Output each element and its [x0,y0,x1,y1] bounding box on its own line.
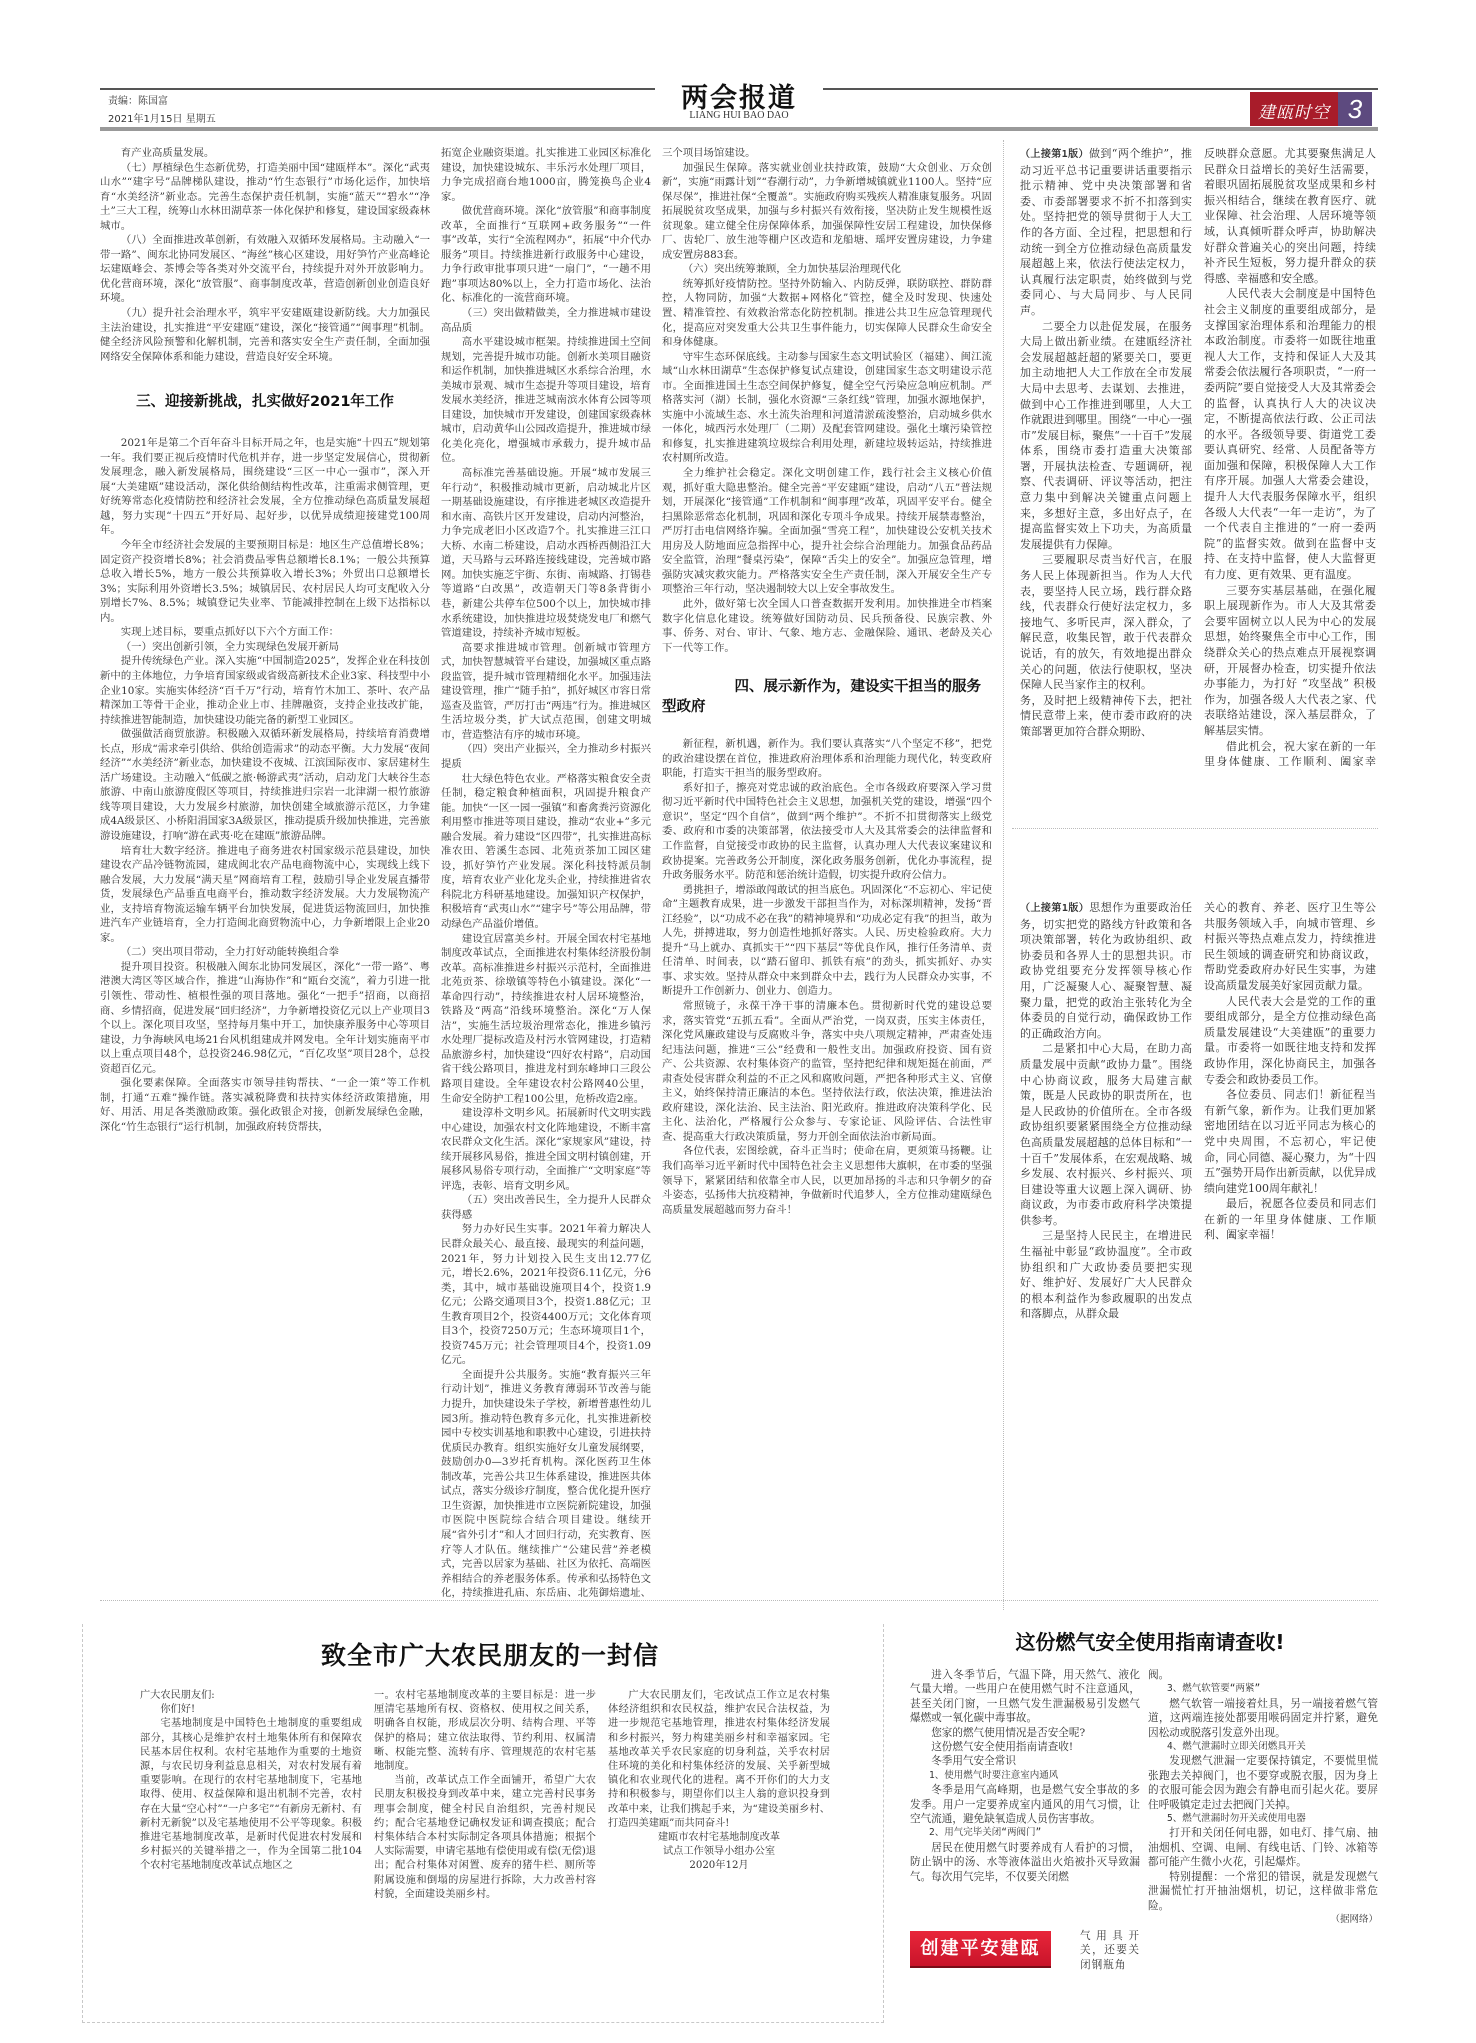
issue-date: 2021年1月15日 星期五 [108,110,216,125]
paragraph: 气用具开关，还要关闭钢瓶角 [1080,1929,1140,1972]
letter-signature-office: 试点工作领导小组办公室 [608,1845,830,1859]
tip-heading-1: 1、使用燃气时要注意室内通风 [910,1769,1140,1783]
paragraph: 全力维护社会稳定。深化文明创建工作，践行社会主义核心价值观，抓好重大隐患整治。健… [662,466,992,597]
paragraph: 冬季用气安全常识 [910,1754,1140,1768]
gas-guide-column-2: 阀。 3、燃气软管要“两紧” 燃气软管一端接着灶具，另一端接着燃气管道，这两端连… [1148,1668,1378,1998]
paragraph: 思想作为重要政治任务，切实把党的路线方针政策和各项决策部署，转化为政协组织、政协… [1020,901,1192,1040]
paragraph: 三是坚持人民民主，在增进民生福祉中彰显“政协温度”。全市政协组织和广大政协委员要… [1020,1228,1192,1322]
paragraph: 各位代表，宏图绘就，奋斗正当时；使命在肩，更须策马扬鞭。让我们高举习近平新时代中… [662,1144,992,1217]
subheading: （三）突出做精做美，全力推进城市建设高品质 [441,306,651,335]
paragraph: 最后，祝愿各位委员和同志们在新的一年里身体健康、工作顺利、阖家幸福！ [1204,1196,1376,1243]
letter-column-3: 广大农民朋友们，宅改试点工作立足农村集体经济组织和农民权益，维护农民合法权益，为… [608,1689,830,1989]
paragraph: 这份燃气安全使用指南请查收! [910,1740,1140,1754]
paragraph: 当前，改革试点工作全面铺开，希望广大农民朋友积极投身到改革中来，建立完善村民事务… [374,1774,596,1902]
section-heading-3: 三、迎接新挑战，扎实做好2021年工作 [100,392,430,412]
report-column-3: 三个项目场馆建设。 加强民生保障。落实就业创业扶持政策，鼓励“大众创业、万众创新… [662,146,992,1601]
paragraph: 做优营商环境。深化“放管服”和商事制度改革，全面推行“互联网+政务服务”“一件事… [441,204,651,306]
paragraph: 提升项目投资。积极融入闽东北协同发展区，深化“一带一路”、粤港澳大湾区等区域合作… [100,960,430,1076]
logo-name: 建瓯时空 [1250,92,1338,126]
paragraph: 特别提醒：一个常犯的错误，就是发现燃气泄漏慌忙打开抽油烟机，切记，这样做非常危险… [1148,1870,1378,1913]
letter-column-1: 广大农民朋友们: 你们好! 宅基地制度是中国特色土地制度的重要组成部分，其核心是… [140,1689,362,1989]
source-credit: （据网络） [1148,1913,1378,1927]
paragraph: 加强民生保障。落实就业创业扶持政策，鼓励“大众创业、万众创新”，实施“雨露计划”… [662,161,992,263]
paragraph: 系好扣子，擦亮对党忠诚的政治底色。全市各级政府要深入学习贯彻习近平新时代中国特色… [662,781,992,883]
paragraph: 二是紧扣中心大局，在助力高质量发展中贡献“政协力量”。围绕中心协商议政，服务大局… [1020,1041,1192,1228]
subheading: （四）突出产业振兴，全力推动乡村振兴提质 [441,742,651,771]
section-pinyin: LIANG HUI BAO DAO [655,110,823,121]
paragraph: 做到“两个维护”，推动习近平总书记重要讲话重要指示批示精神、党中央决策部署和省委… [1020,147,1192,317]
paragraph: 打开和关闭任何电器，如电灯、排气扇、抽油烟机、空调、电闸、有线电话、门铃、冰箱等… [1148,1826,1378,1869]
subheading: （二）突出项目带动，全力打好动能转换组合拳 [100,945,430,960]
editor-credit: 责编：陈国富 [108,92,168,107]
paragraph: 阀。 [1148,1668,1378,1682]
tip-heading-3: 3、燃气软管要“两紧” [1148,1682,1378,1696]
continued-label: （上接第1版） [1020,149,1089,160]
column-divider [1003,140,1004,1610]
paragraph: 培育壮大数字经济。推进电子商务进农村国家级示范县建设，加快建设农产品冷链物流园，… [100,844,430,946]
bottom-section-divider [100,1600,1378,1601]
paragraph: 勇挑担子，增添敢闯敢试的担当底色。巩固深化“不忘初心、牢记使命”主题教育成果，进… [662,883,992,999]
safe-jianou-badge: 创建平安建瓯 [910,1931,1051,1966]
paragraph: 努力办好民生实事。2021年着力解决人民群众最关心、最直接、最现实的利益问题，2… [441,1222,651,1367]
paragraph: 强化要素保障。全面落实市领导挂钩帮扶、“一企一策”等工作机制，打通“五难”操作链… [100,1076,430,1134]
gas-guide-column-1: 进入冬季节后，气温下降，用天然气、液化气量大增。一些用户在使用燃气时不注意通风，… [910,1668,1140,1930]
continued-label: （上接第1版） [1020,903,1089,914]
masthead-rule-bottom [100,127,1378,131]
paragraph: 各位委员、同志们！新征程当有新气象，新作为。让我们更加紧密地团结在以习近平同志为… [1204,1087,1376,1196]
paragraph: 实现上述目标，要重点抓好以下六个方面工作： [100,625,430,640]
paragraph: 进入冬季节后，气温下降，用天然气、液化气量大增。一些用户在使用燃气时不注意通风，… [910,1668,1140,1726]
paragraph: 广大农民朋友们，宅改试点工作立足农村集体经济组织和农民权益，维护农民合法权益，为… [608,1689,830,1831]
paragraph: 居民在使用燃气时要养成有人看护的习惯，防止锅中的汤、水等液体溢出火焰被扑灭导致漏… [910,1841,1140,1884]
paragraph: 提升传统绿色产业。深入实施“中国制造2025”，发挥企业在科技创新中的主体地位，… [100,654,430,727]
paragraph: 一。农村宅基地制度改革的主要目标是：进一步厘清宅基地所有权、资格权、使用权之间关… [374,1689,596,1774]
paragraph: （八）全面推进改革创新，有效融入双循环发展格局。主动融入“一带一路”、闽东北协同… [100,233,430,306]
paragraph: 拓宽企业融资渠道。扎实推进工业园区标准化建设，加快建设城东、丰乐污水处理厂项目，… [441,146,651,204]
tip-heading-4: 4、燃气泄漏时立即关闭燃具开关 [1148,1740,1378,1754]
paragraph: 三要夯实基层基础，在强化履职上展现新作为。市人大及其常委会要牢固树立以人民为中心… [1204,583,1376,739]
paragraph: （九）提升社会治理水平，筑牢平安建瓯建设新防线。大力加强民主法治建设，扎实推进“… [100,306,430,364]
paragraph: 守牢生态环保底线。主动参与国家生态文明试验区（福建）、闽江流域“山水林田湖草”生… [662,350,992,466]
report-column-1: 育产业高质量发展。 （七）厚植绿色生态新优势，打造美丽中国“建瓯样本”。深化“武… [100,146,430,1601]
paragraph: 建设淳朴文明乡风。拓展新时代文明实践中心建设，加强农村文化阵地建设，不断丰富农民… [441,1106,651,1193]
paragraph: 燃气软管一端接着灶具，另一端接着燃气管道，这两端连接处都要用喉码固定并拧紧，避免… [1148,1697,1378,1740]
letter-title: 致全市广大农民朋友的一封信 [100,1636,880,1672]
paragraph: 三个项目场馆建设。 [662,146,992,161]
npc-speech-column-2: 反映群众意愿。尤其要聚焦满足人民群众日益增长的美好生活需要，着眼巩固拓展脱贫攻坚… [1204,146,1376,766]
paragraph: 2021年是第二个百年奋斗目标开局之年，也是实施“十四五”规划第一年。我们要正视… [100,436,430,538]
paragraph: 借此机会，祝大家在新的一年里身体健康、工作顺利、阖家幸福！ [1204,739,1376,766]
npc-speech-column-1: （上接第1版）做到“两个维护”，推动习近平总书记重要讲话重要指示批示精神、党中央… [1020,146,1192,746]
letter-date: 2020年12月 [608,1859,830,1873]
gas-guide-wrap-text: 气用具开关，还要关闭钢瓶角 [1080,1929,1140,1977]
paragraph: 关心的教育、养老、医疗卫生等公共服务领域入手，向城市管理、乡村振兴等热点难点发力… [1204,900,1376,994]
paragraph: 做强做活商贸旅游。积极融入双循环新发展格局，持续培育消费增长点，形成“需求牵引供… [100,727,430,843]
letter-column-2: 一。农村宅基地制度改革的主要目标是：进一步厘清宅基地所有权、资格权、使用权之间关… [374,1689,596,1989]
paragraph: 冬季是用气高峰期，也是燃气安全事故的多发季。用户一定要养成室内通风的用气习惯，让… [910,1783,1140,1826]
letter-signature-org: 建瓯市农村宅基地制度改革 [608,1831,830,1845]
paragraph: 务，及时把上级精神传下去，把社情民意带上来，使市委市政府的决策部署更加符合群众期… [1020,693,1192,740]
paragraph: 建设宜居富美乡村。开展全国农村宅基地制度改革试点，全面推进农村集体经济股份制改革… [441,932,651,1107]
gas-guide-title: 这份燃气安全使用指南请查收! [930,1626,1370,1655]
paragraph: 人民代表大会制度是中国特色社会主义制度的重要组成部分，是支撑国家治理体系和治理能… [1204,286,1376,582]
paragraph: 高水平建设城市框架。持续推进国土空间规划，完善提升城市功能。创新水美项目融资和运… [441,335,651,466]
newspaper-logo: 建瓯时空 3 [1250,92,1372,126]
paragraph: 常照镜子，永葆干净干事的清廉本色。贯彻新时代党的建设总要求，落实管党“五抓五看”… [662,999,992,1144]
cppcc-speech-column-2: 关心的教育、养老、医疗卫生等公共服务领域入手，向城市管理、乡村振兴等热点难点发力… [1204,900,1376,1520]
paragraph: 人民代表大会是党的工作的重要组成部分，是全方位推动绿色高质量发展建设“大美建瓯”… [1204,994,1376,1088]
paragraph: （七）厚植绿色生态新优势，打造美丽中国“建瓯样本”。深化“武夷山水”“建字号”品… [100,161,430,234]
salutation: 广大农民朋友们: [140,1689,362,1703]
paragraph: 三要履职尽责当好代言，在服务人民上体现新担当。作为人大代表，要坚持人民立场，践行… [1020,552,1192,692]
subheading: （五）突出改善民生，全力提升人民群众获得感 [441,1193,651,1222]
section-heading-4: 四、展示新作为，建设实干担当的服务型政府 [662,677,992,717]
article-divider [1012,828,1378,829]
paragraph: 壮大绿色特色农业。严格落实粮食安全责任制，稳定粮食种植面积，巩固提升粮食产能。加… [441,772,651,932]
paragraph: 二要全力以赴促发展，在服务大局上做出新业绩。在建瓯经济社会发展超越赶超的紧要关口… [1020,319,1192,553]
paragraph: 发现燃气泄漏一定要保持镇定，不要慌里慌张跑去关掉阀门，也不要穿或脱衣服，因为身上… [1148,1754,1378,1812]
tip-heading-5: 5、燃气泄漏时勿开关或使用电器 [1148,1812,1378,1826]
paragraph: 您家的燃气使用情况是否安全呢? [910,1726,1140,1740]
page-number: 3 [1338,92,1372,126]
paragraph: 新征程，新机遇，新作为。我们要认真落实“八个坚定不移”，把党的政治建设摆在首位，… [662,737,992,781]
paragraph: 全面提升公共服务。实施“教育振兴三年行动计划”，推进义务教育薄弱环节改善与能力提… [441,1368,651,1601]
subheading: （一）突出创新引领，全力实现绿色发展开新局 [100,640,430,655]
subheading: （六）突出统筹兼顾，全力加快基层治理现代化 [662,262,992,277]
paragraph: 统筹抓好疫情防控。坚持外防输入、内防反弹，联防联控、群防群控，人物同防，加强“大… [662,277,992,350]
paragraph: 反映群众意愿。尤其要聚焦满足人民群众日益增长的美好生活需要，着眼巩固拓展脱贫攻坚… [1204,146,1376,286]
paragraph: 高要求推进城市管理。创新城市管理方式，加快智慧城管平台建设，加强城区重点路段监管… [441,641,651,743]
tip-heading-2: 2、用气完毕关闭“两阀门” [910,1826,1140,1840]
report-column-2: 拓宽企业融资渠道。扎实推进工业园区标准化建设，加快建设城东、丰乐污水处理厂项目，… [441,146,651,1601]
paragraph: 育产业高质量发展。 [100,146,430,161]
paragraph: 此外，做好第七次全国人口普查数据开发利用。加快推进全市档案数字化信息化建设。统筹… [662,597,992,655]
paragraph: 今年全市经济社会发展的主要预期目标是：地区生产总值增长8%；固定资产投资增长8%… [100,538,430,625]
paragraph: 宅基地制度是中国特色土地制度的重要组成部分，其核心是维护农村土地集体所有和保障农… [140,1717,362,1873]
cppcc-speech-column-1: （上接第1版）思想作为重要政治任务，切实把党的路线方针政策和各项决策部署，转化为… [1020,900,1192,1520]
paragraph: 高标准完善基础设施。开展“城市发展三年行动”，积极推动城市更新，启动城北片区一期… [441,466,651,641]
greeting: 你们好! [140,1703,362,1717]
